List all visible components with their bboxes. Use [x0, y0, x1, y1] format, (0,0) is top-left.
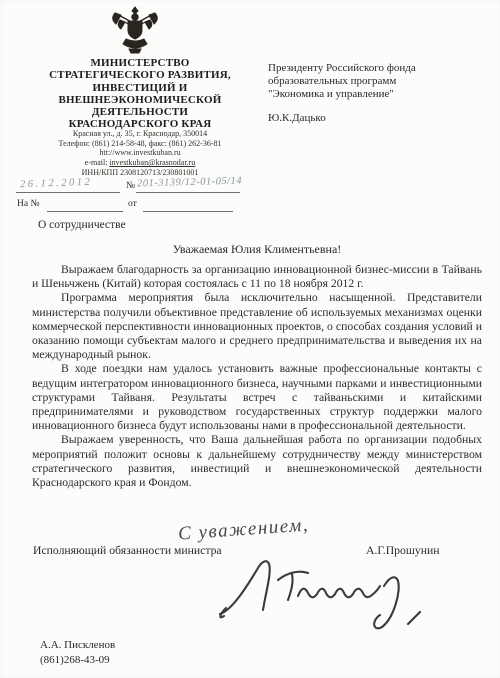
addressee-block: Президенту Российского фонда образовател… — [268, 62, 488, 125]
sender-address: Красная ул., д. 35, г. Краснодар, 350014 — [8, 129, 272, 139]
addressee-line: "Экономика и управление" — [268, 88, 488, 101]
body-paragraph: В ходе поездки нам удалось установить ва… — [32, 362, 482, 433]
sender-name-line: МИНИСТЕРСТВО — [8, 57, 272, 69]
body-paragraph: Выражаем благодарность за организацию ин… — [32, 263, 482, 291]
body-paragraph: Программа мероприятия была исключительно… — [32, 291, 482, 362]
handwritten-closing: С уважением, — [177, 510, 368, 545]
signer-title: Исполняющий обязанности министра — [33, 544, 222, 557]
sender-name-block: МИНИСТЕРСТВО СТРАТЕГИЧЕСКОГО РАЗВИТИЯ, И… — [8, 57, 272, 131]
executor-phone: (861)268-43-09 — [40, 653, 115, 668]
subject-line: О сотрудничестве — [38, 219, 126, 231]
date-blank-line — [16, 192, 120, 193]
handwritten-date: 26.12.2012 — [20, 177, 93, 191]
number-blank-line — [136, 192, 240, 193]
incoming-date-blank-line — [143, 211, 233, 212]
email-label: e-mail: — [85, 158, 108, 167]
sender-name-line: СТРАТЕГИЧЕСКОГО РАЗВИТИЯ, — [8, 69, 272, 81]
addressee-name: Ю.К.Дацько — [268, 112, 488, 125]
salutation: Уважаемая Юлия Климентьевна! — [32, 242, 482, 257]
letter-body: Выражаем благодарность за организацию ин… — [32, 263, 482, 490]
executor-name: А.А. Пискленов — [40, 638, 115, 653]
number-label: № — [126, 181, 135, 191]
incoming-number-blank-line — [47, 211, 123, 212]
incoming-number-label: На № — [17, 199, 40, 209]
sender-contact-block: Красная ул., д. 35, г. Краснодар, 350014… — [8, 129, 272, 178]
incoming-date-label: от — [128, 199, 137, 209]
body-paragraph: Выражаем уверенность, что Ваша дальнейша… — [32, 433, 482, 490]
signature-icon — [212, 550, 452, 642]
sender-name-line: ИНВЕСТИЦИЙ И — [8, 82, 272, 94]
sender-website: htt://www.investkuban.ru — [8, 148, 272, 158]
executor-block: А.А. Пискленов (861)268-43-09 — [40, 638, 115, 667]
scanned-letter-page: МИНИСТЕРСТВО СТРАТЕГИЧЕСКОГО РАЗВИТИЯ, И… — [0, 0, 500, 678]
addressee-line: Президенту Российского фонда — [268, 62, 488, 75]
handwritten-number: 201-3139/12-01-05/14 — [137, 176, 242, 190]
sender-email-line: e-mail: investkuban@krasnodar.ru — [8, 158, 272, 168]
coat-of-arms-icon — [103, 5, 167, 57]
sender-phone-fax: Телефон: (861) 214-58-48, факс: (861) 26… — [8, 139, 272, 149]
sender-name-line: ВНЕШНЕЭКОНОМИЧЕСКОЙ — [8, 94, 272, 106]
email-address: investkuban@krasnodar.ru — [109, 158, 195, 167]
addressee-line: образовательных программ — [268, 75, 488, 88]
sender-name-line: ДЕЯТЕЛЬНОСТИ — [8, 106, 272, 118]
